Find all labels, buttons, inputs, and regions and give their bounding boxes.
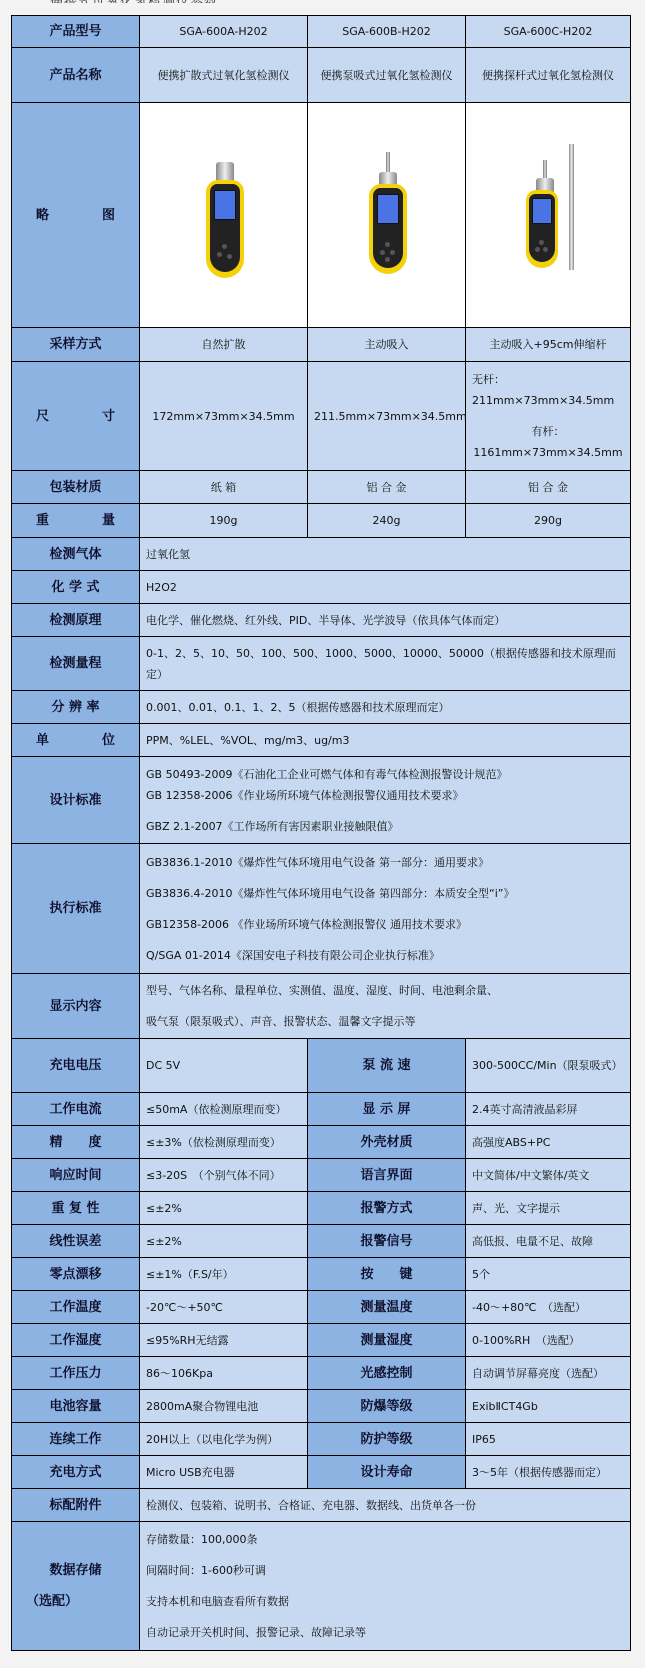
row-pair: 重 复 性 ≤±2% 报警方式 声、光、文字提示 xyxy=(12,1192,631,1225)
weight-a: 190g xyxy=(140,504,308,538)
size-c-no-rod-value: 211mm×73mm×34.5mm xyxy=(472,390,624,411)
label-work-humidity: 工作湿度 xyxy=(12,1324,140,1357)
packaging-a: 纸 箱 xyxy=(140,471,308,504)
label-unit-char-1: 单 xyxy=(36,730,49,751)
row-pair: 工作温度 -20℃～+50℃ 测量温度 -40～+80℃ （选配） xyxy=(12,1291,631,1324)
work-pressure-value: 86～106Kpa xyxy=(140,1357,308,1390)
zero-drift-value: ≤±1%（F.S/年） xyxy=(140,1258,308,1291)
design-standard-item: GBZ 2.1-2007《工作场所有害因素职业接触限值》 xyxy=(146,816,624,837)
row-sampling: 采样方式 自然扩散 主动吸入 主动吸入+95cm伸缩杆 xyxy=(12,328,631,362)
row-range: 检测量程 0-1、2、5、10、50、100、500、1000、5000、100… xyxy=(12,637,631,691)
label-accessories: 标配附件 xyxy=(12,1489,140,1522)
row-unit: 单位 PPM、%LEL、%VOL、mg/m3、ug/m3 xyxy=(12,724,631,757)
charge-method-value: Micro USB充电器 xyxy=(140,1456,308,1489)
row-pair: 响应时间 ≤3-20S （个别气体不同） 语言界面 中文简体/中文繁体/英文 xyxy=(12,1159,631,1192)
pump-detector-image xyxy=(308,103,466,328)
work-current-value: ≤50mA（依检测原理而变） xyxy=(140,1093,308,1126)
row-pair: 电池容量 2800mA聚合物锂电池 防爆等级 ExibⅡCT4Gb xyxy=(12,1390,631,1423)
design-life-value: 3～5年（根据传感器而定） xyxy=(466,1456,631,1489)
label-exec-standard: 执行标准 xyxy=(12,844,140,974)
row-storage: 数据存储 （选配） 存储数量：100,000条 间隔时间：1-600秒可调 支持… xyxy=(12,1522,631,1651)
unit-value: PPM、%LEL、%VOL、mg/m3、ug/m3 xyxy=(140,724,631,757)
row-formula: 化 学 式 H2O2 xyxy=(12,571,631,604)
row-pair: 零点漂移 ≤±1%（F.S/年） 按 键 5个 xyxy=(12,1258,631,1291)
charge-voltage-value: DC 5V xyxy=(140,1039,308,1093)
name-b: 便携泵吸式过氧化氢检测仪 xyxy=(308,48,466,103)
label-pump-flow: 泵 流 速 xyxy=(308,1039,466,1093)
response-time-value: ≤3-20S （个别气体不同） xyxy=(140,1159,308,1192)
exec-standard-item: GB3836.1-2010《爆炸性气体环境用电气设备 第一部分：通用要求》 xyxy=(146,852,624,873)
label-display: 显示内容 xyxy=(12,974,140,1039)
label-explosion-rating: 防爆等级 xyxy=(308,1390,466,1423)
row-pair: 线性误差 ≤±2% 报警信号 高低报、电量不足、故障 xyxy=(12,1225,631,1258)
storage-line: 存储数量：100,000条 xyxy=(146,1529,624,1550)
accuracy-value: ≤±3%（依检测原理而变） xyxy=(140,1126,308,1159)
name-c: 便携探杆式过氧化氢检测仪 xyxy=(466,48,631,103)
detector-icon xyxy=(179,132,269,292)
label-name: 产品名称 xyxy=(12,48,140,103)
row-packaging: 包装材质 纸 箱 铝 合 金 铝 合 金 xyxy=(12,471,631,504)
label-packaging: 包装材质 xyxy=(12,471,140,504)
label-weight: 重量 xyxy=(12,504,140,538)
light-sensor-value: 自动调节屏幕亮度（选配） xyxy=(466,1357,631,1390)
sampling-b: 主动吸入 xyxy=(308,328,466,362)
alarm-mode-value: 声、光、文字提示 xyxy=(466,1192,631,1225)
model-c: SGA-600C-H202 xyxy=(466,16,631,48)
packaging-b: 铝 合 金 xyxy=(308,471,466,504)
label-continuous-work: 连续工作 xyxy=(12,1423,140,1456)
exec-standard-item: GB3836.4-2010《爆炸性气体环境用电气设备 第四部分：本质安全型“i”… xyxy=(146,883,624,904)
row-pair: 充电电压 DC 5V 泵 流 速 300-500CC/Min（限泵吸式） xyxy=(12,1039,631,1093)
storage-line: 间隔时间：1-600秒可调 xyxy=(146,1560,624,1581)
label-battery: 电池容量 xyxy=(12,1390,140,1423)
range-value: 0-1、2、5、10、50、100、500、1000、5000、10000、50… xyxy=(140,637,631,691)
label-work-current: 工作电流 xyxy=(12,1093,140,1126)
size-c-rod-value: 1161mm×73mm×34.5mm xyxy=(472,442,624,463)
label-response-time: 响应时间 xyxy=(12,1159,140,1192)
detector-pump-icon xyxy=(342,132,432,292)
sampling-a: 自然扩散 xyxy=(140,328,308,362)
label-image-char-1: 略 xyxy=(36,205,49,226)
shell-material-value: 高强度ABS+PC xyxy=(466,1126,631,1159)
size-a: 172mm×73mm×34.5mm xyxy=(140,362,308,471)
label-design-life: 设计寿命 xyxy=(308,1456,466,1489)
size-c-rod-label: 有杆： xyxy=(472,421,624,442)
row-resolution: 分 辨 率 0.001、0.01、0.1、1、2、5（根据传感器和技术原理而定） xyxy=(12,691,631,724)
label-accuracy: 精 度 xyxy=(12,1126,140,1159)
display-line: 吸气泵（限泵吸式）、声音、报警状态、温馨文字提示等 xyxy=(146,1011,624,1032)
probe-rod-detector-image xyxy=(466,103,631,328)
exec-standard-item: GB12358-2006 《作业场所环境气体检测报警仪 通用技术要求》 xyxy=(146,914,624,935)
label-repeatability: 重 复 性 xyxy=(12,1192,140,1225)
row-model: 产品型号 SGA-600A-H202 SGA-600B-H202 SGA-600… xyxy=(12,16,631,48)
design-standard-list: GB 50493-2009《石油化工企业可燃气体和有毒气体检测报警设计规范》 G… xyxy=(140,757,631,844)
label-measure-humidity: 测量湿度 xyxy=(308,1324,466,1357)
label-alarm-signal: 报警信号 xyxy=(308,1225,466,1258)
size-c: 无杆： 211mm×73mm×34.5mm 有杆： 1161mm×73mm×34… xyxy=(466,362,631,471)
label-image: 略图 xyxy=(12,103,140,328)
design-standard-item: GB 12358-2006《作业场所环境气体检测报警仪通用技术要求》 xyxy=(146,785,624,806)
row-pair: 连续工作 20H以上（以电化学为例） 防护等级 IP65 xyxy=(12,1423,631,1456)
row-pair: 精 度 ≤±3%（依检测原理而变） 外壳材质 高强度ABS+PC xyxy=(12,1126,631,1159)
repeatability-value: ≤±2% xyxy=(140,1192,308,1225)
label-work-pressure: 工作压力 xyxy=(12,1357,140,1390)
exec-standard-list: GB3836.1-2010《爆炸性气体环境用电气设备 第一部分：通用要求》 GB… xyxy=(140,844,631,974)
row-pair: 工作湿度 ≤95%RH无结露 测量湿度 0-100%RH （选配） xyxy=(12,1324,631,1357)
continuous-work-value: 20H以上（以电化学为例） xyxy=(140,1423,308,1456)
gas-value: 过氧化氢 xyxy=(140,538,631,571)
label-weight-char-2: 量 xyxy=(102,510,115,531)
accessories-value: 检测仪、包装箱、说明书、合格证、充电器、数据线、出货单各一份 xyxy=(140,1489,631,1522)
label-principle: 检测原理 xyxy=(12,604,140,637)
packaging-c: 铝 合 金 xyxy=(466,471,631,504)
label-formula: 化 学 式 xyxy=(12,571,140,604)
display-line: 型号、气体名称、量程单位、实测值、温度、湿度、时间、电池剩余量、 xyxy=(146,980,624,1001)
keys-value: 5个 xyxy=(466,1258,631,1291)
clipped-heading: 便携式过氧化氢检测仪参数 xyxy=(50,0,290,3)
label-design-standard: 设计标准 xyxy=(12,757,140,844)
label-storage-title: 数据存储 xyxy=(18,1560,133,1581)
battery-value: 2800mA聚合物锂电池 xyxy=(140,1390,308,1423)
label-charge-voltage: 充电电压 xyxy=(12,1039,140,1093)
storage-line: 支持本机和电脑查看所有数据 xyxy=(146,1591,624,1612)
label-charge-method: 充电方式 xyxy=(12,1456,140,1489)
alarm-signal-value: 高低报、电量不足、故障 xyxy=(466,1225,631,1258)
linearity-value: ≤±2% xyxy=(140,1225,308,1258)
row-weight: 重量 190g 240g 290g xyxy=(12,504,631,538)
label-range: 检测量程 xyxy=(12,637,140,691)
diffusion-detector-image xyxy=(140,103,308,328)
formula-value: H2O2 xyxy=(140,571,631,604)
label-screen: 显 示 屏 xyxy=(308,1093,466,1126)
label-linearity: 线性误差 xyxy=(12,1225,140,1258)
label-shell-material: 外壳材质 xyxy=(308,1126,466,1159)
label-work-temp: 工作温度 xyxy=(12,1291,140,1324)
resolution-value: 0.001、0.01、0.1、1、2、5（根据传感器和技术原理而定） xyxy=(140,691,631,724)
language-value: 中文简体/中文繁体/英文 xyxy=(466,1159,631,1192)
label-alarm-mode: 报警方式 xyxy=(308,1192,466,1225)
exec-standard-item: Q/SGA 01-2014《深国安电子科技有限公司企业执行标准》 xyxy=(146,945,624,966)
row-principle: 检测原理 电化学、催化燃烧、红外线、PID、半导体、光学波导（依具体气体而定） xyxy=(12,604,631,637)
detector-probe-icon xyxy=(503,132,593,292)
label-light-sensor: 光感控制 xyxy=(308,1357,466,1390)
pump-flow-value: 300-500CC/Min（限泵吸式） xyxy=(466,1039,631,1093)
row-design-standard: 设计标准 GB 50493-2009《石油化工企业可燃气体和有毒气体检测报警设计… xyxy=(12,757,631,844)
label-storage-note: （选配） xyxy=(18,1591,133,1612)
row-size: 尺寸 172mm×73mm×34.5mm 211.5mm×73mm×34.5mm… xyxy=(12,362,631,471)
label-model: 产品型号 xyxy=(12,16,140,48)
label-gas: 检测气体 xyxy=(12,538,140,571)
spec-table: 产品型号 SGA-600A-H202 SGA-600B-H202 SGA-600… xyxy=(11,15,631,1651)
weight-b: 240g xyxy=(308,504,466,538)
model-b: SGA-600B-H202 xyxy=(308,16,466,48)
weight-c: 290g xyxy=(466,504,631,538)
label-unit-char-2: 位 xyxy=(102,730,115,751)
label-resolution: 分 辨 率 xyxy=(12,691,140,724)
name-a: 便携扩散式过氧化氢检测仪 xyxy=(140,48,308,103)
row-gas: 检测气体 过氧化氢 xyxy=(12,538,631,571)
label-keys: 按 键 xyxy=(308,1258,466,1291)
storage-list: 存储数量：100,000条 间隔时间：1-600秒可调 支持本机和电脑查看所有数… xyxy=(140,1522,631,1651)
row-pair: 工作电流 ≤50mA（依检测原理而变） 显 示 屏 2.4英寸高清液晶彩屏 xyxy=(12,1093,631,1126)
label-language: 语言界面 xyxy=(308,1159,466,1192)
measure-humidity-value: 0-100%RH （选配） xyxy=(466,1324,631,1357)
row-pair: 工作压力 86～106Kpa 光感控制 自动调节屏幕亮度（选配） xyxy=(12,1357,631,1390)
label-weight-char-1: 重 xyxy=(36,510,49,531)
explosion-rating-value: ExibⅡCT4Gb xyxy=(466,1390,631,1423)
size-b: 211.5mm×73mm×34.5mm xyxy=(308,362,466,471)
label-protection-rating: 防护等级 xyxy=(308,1423,466,1456)
label-measure-temp: 测量温度 xyxy=(308,1291,466,1324)
label-image-char-2: 图 xyxy=(102,205,115,226)
row-exec-standard: 执行标准 GB3836.1-2010《爆炸性气体环境用电气设备 第一部分：通用要… xyxy=(12,844,631,974)
label-size: 尺寸 xyxy=(12,362,140,471)
row-name: 产品名称 便携扩散式过氧化氢检测仪 便携泵吸式过氧化氢检测仪 便携探杆式过氧化氢… xyxy=(12,48,631,103)
label-unit: 单位 xyxy=(12,724,140,757)
design-standard-item: GB 50493-2009《石油化工企业可燃气体和有毒气体检测报警设计规范》 xyxy=(146,764,624,785)
row-accessories: 标配附件 检测仪、包装箱、说明书、合格证、充电器、数据线、出货单各一份 xyxy=(12,1489,631,1522)
storage-line: 自动记录开关机时间、报警记录、故障记录等 xyxy=(146,1622,624,1643)
model-a: SGA-600A-H202 xyxy=(140,16,308,48)
label-storage: 数据存储 （选配） xyxy=(12,1522,140,1651)
screen-value: 2.4英寸高清液晶彩屏 xyxy=(466,1093,631,1126)
size-c-no-rod-label: 无杆： xyxy=(472,369,624,390)
row-pair: 充电方式 Micro USB充电器 设计寿命 3～5年（根据传感器而定） xyxy=(12,1456,631,1489)
measure-temp-value: -40～+80℃ （选配） xyxy=(466,1291,631,1324)
protection-rating-value: IP65 xyxy=(466,1423,631,1456)
label-size-char-1: 尺 xyxy=(36,406,49,427)
work-humidity-value: ≤95%RH无结露 xyxy=(140,1324,308,1357)
label-size-char-2: 寸 xyxy=(102,406,115,427)
display-content: 型号、气体名称、量程单位、实测值、温度、湿度、时间、电池剩余量、 吸气泵（限泵吸… xyxy=(140,974,631,1039)
principle-value: 电化学、催化燃烧、红外线、PID、半导体、光学波导（依具体气体而定） xyxy=(140,604,631,637)
row-display: 显示内容 型号、气体名称、量程单位、实测值、温度、湿度、时间、电池剩余量、 吸气… xyxy=(12,974,631,1039)
row-image: 略图 xyxy=(12,103,631,328)
work-temp-value: -20℃～+50℃ xyxy=(140,1291,308,1324)
label-sampling: 采样方式 xyxy=(12,328,140,362)
sampling-c: 主动吸入+95cm伸缩杆 xyxy=(466,328,631,362)
label-zero-drift: 零点漂移 xyxy=(12,1258,140,1291)
